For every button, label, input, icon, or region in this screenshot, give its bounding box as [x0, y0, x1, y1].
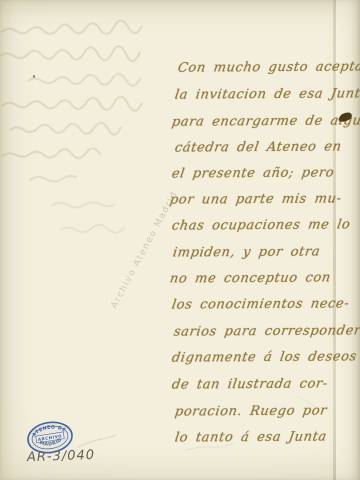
- manuscript-page: Archivo Ateneo Madrid Con mucho gusto ac…: [0, 0, 360, 480]
- pencil-smudge: [0, 0, 360, 480]
- archive-reference-number: AR-3/040: [27, 448, 96, 465]
